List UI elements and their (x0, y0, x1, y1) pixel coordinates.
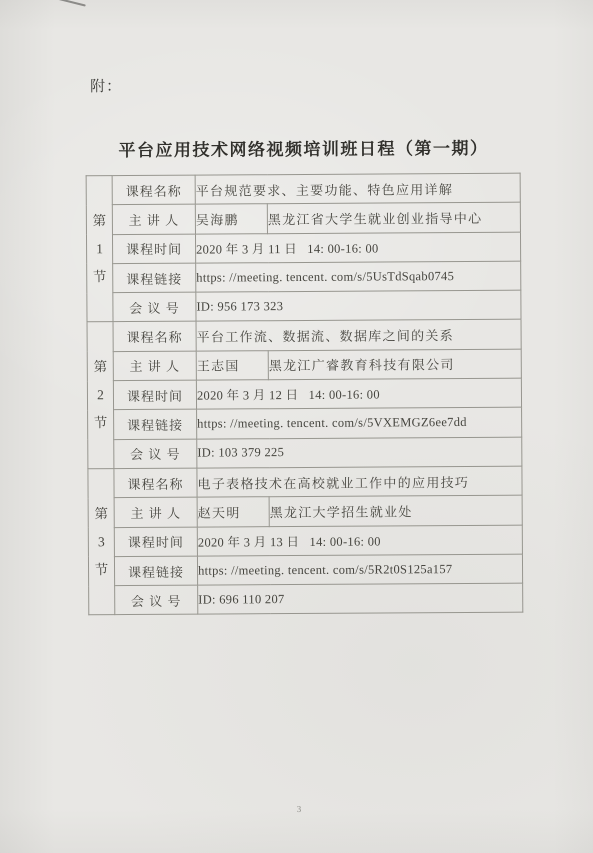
lecturer-name: 吴海鹏 (195, 204, 267, 234)
course-link-label: 课程链接 (113, 263, 196, 293)
meeting-id-label: 会 议 号 (113, 292, 196, 322)
table-row: 课程时间 2020 年 3 月 12 日 14: 00-16: 00 (87, 378, 521, 410)
scanned-page: 附： 平台应用技术网络视频培训班日程（第一期） 第 1 节 课程名称 平台规范要… (0, 0, 593, 853)
lecturer-organization: 黑龙江大学招生就业处 (269, 495, 522, 526)
section-2-label: 第 2 节 (87, 322, 114, 469)
table-row: 课程时间 2020 年 3 月 13 日 14: 00-16: 00 (88, 525, 522, 557)
lecturer-organization: 黑龙江省大学生就业创业指导中心 (267, 202, 520, 233)
table-row: 课程链接 https: //meeting. tencent. com/s/5U… (87, 261, 521, 293)
lecturer-label: 主 讲 人 (114, 497, 197, 527)
page-number: 3 (2, 802, 593, 816)
lecturer-label: 主 讲 人 (112, 204, 195, 234)
attachment-label: 附： (90, 75, 122, 96)
section-label-char: 第 (88, 353, 113, 381)
course-link-label: 课程链接 (114, 556, 197, 586)
lecturer-organization: 黑龙江广睿教育科技有限公司 (268, 349, 521, 380)
course-name-value: 平台工作流、数据流、数据库之间的关系 (196, 320, 521, 351)
course-time-label: 课程时间 (112, 234, 195, 264)
table-row: 第 1 节 课程名称 平台规范要求、主要功能、特色应用详解 (86, 173, 520, 205)
section-label-char: 1 (87, 235, 112, 263)
table-row: 课程时间 2020 年 3 月 11 日 14: 00-16: 00 (86, 232, 520, 264)
section-label-char: 第 (89, 500, 114, 528)
section-label-char: 2 (88, 381, 113, 409)
section-label-char: 3 (89, 528, 114, 556)
course-time-value: 2020 年 3 月 11 日 14: 00-16: 00 (195, 232, 520, 263)
page-title: 平台应用技术网络视频培训班日程（第一期） (85, 134, 521, 162)
course-time-label: 课程时间 (114, 527, 197, 557)
section-label-char: 节 (89, 556, 114, 584)
section-1-label: 第 1 节 (86, 176, 113, 323)
table-row: 会 议 号 ID: 696 110 207 (89, 583, 523, 615)
schedule-table: 第 1 节 课程名称 平台规范要求、主要功能、特色应用详解 主 讲 人 吴海鹏 … (86, 173, 524, 616)
table-row: 会 议 号 ID: 956 173 323 (87, 290, 521, 322)
course-name-value: 电子表格技术在高校就业工作中的应用技巧 (197, 466, 522, 497)
course-link-value: https: //meeting. tencent. com/s/5R2t0S1… (197, 554, 522, 585)
course-link-value: https: //meeting. tencent. com/s/5VXEMGZ… (197, 408, 522, 439)
page-content: 附： 平台应用技术网络视频培训班日程（第一期） 第 1 节 课程名称 平台规范要… (0, 0, 593, 853)
table-row: 第 2 节 课程名称 平台工作流、数据流、数据库之间的关系 (87, 320, 521, 352)
meeting-id-value: ID: 103 379 225 (197, 437, 522, 468)
lecturer-name: 王志国 (196, 350, 268, 380)
section-label-char: 节 (88, 409, 113, 437)
meeting-id-value: ID: 956 173 323 (196, 290, 521, 321)
lecturer-name: 赵天明 (197, 497, 269, 527)
section-label-char: 第 (87, 207, 112, 235)
course-link-value: https: //meeting. tencent. com/s/5UsTdSq… (196, 261, 521, 292)
table-row: 第 3 节 课程名称 电子表格技术在高校就业工作中的应用技巧 (88, 466, 522, 498)
table-row: 主 讲 人 王志国 黑龙江广睿教育科技有限公司 (87, 349, 521, 381)
table-row: 主 讲 人 吴海鹏 黑龙江省大学生就业创业指导中心 (86, 202, 520, 234)
course-name-label: 课程名称 (113, 322, 196, 352)
table-row: 会 议 号 ID: 103 379 225 (88, 437, 522, 469)
meeting-id-value: ID: 696 110 207 (198, 583, 523, 614)
table-row: 课程链接 https: //meeting. tencent. com/s/5V… (88, 408, 522, 440)
section-3-label: 第 3 节 (88, 469, 115, 616)
meeting-id-label: 会 议 号 (115, 585, 198, 615)
lecturer-label: 主 讲 人 (113, 351, 196, 381)
section-label-char: 节 (87, 263, 112, 291)
course-name-label: 课程名称 (114, 468, 197, 498)
course-name-label: 课程名称 (112, 175, 195, 205)
course-time-value: 2020 年 3 月 13 日 14: 00-16: 00 (197, 525, 522, 556)
course-time-label: 课程时间 (113, 380, 196, 410)
course-name-value: 平台规范要求、主要功能、特色应用详解 (195, 173, 520, 204)
table-row: 课程链接 https: //meeting. tencent. com/s/5R… (88, 554, 522, 586)
course-link-label: 课程链接 (114, 410, 197, 440)
meeting-id-label: 会 议 号 (114, 439, 197, 469)
course-time-value: 2020 年 3 月 12 日 14: 00-16: 00 (196, 378, 521, 409)
table-row: 主 讲 人 赵天明 黑龙江大学招生就业处 (88, 495, 522, 527)
